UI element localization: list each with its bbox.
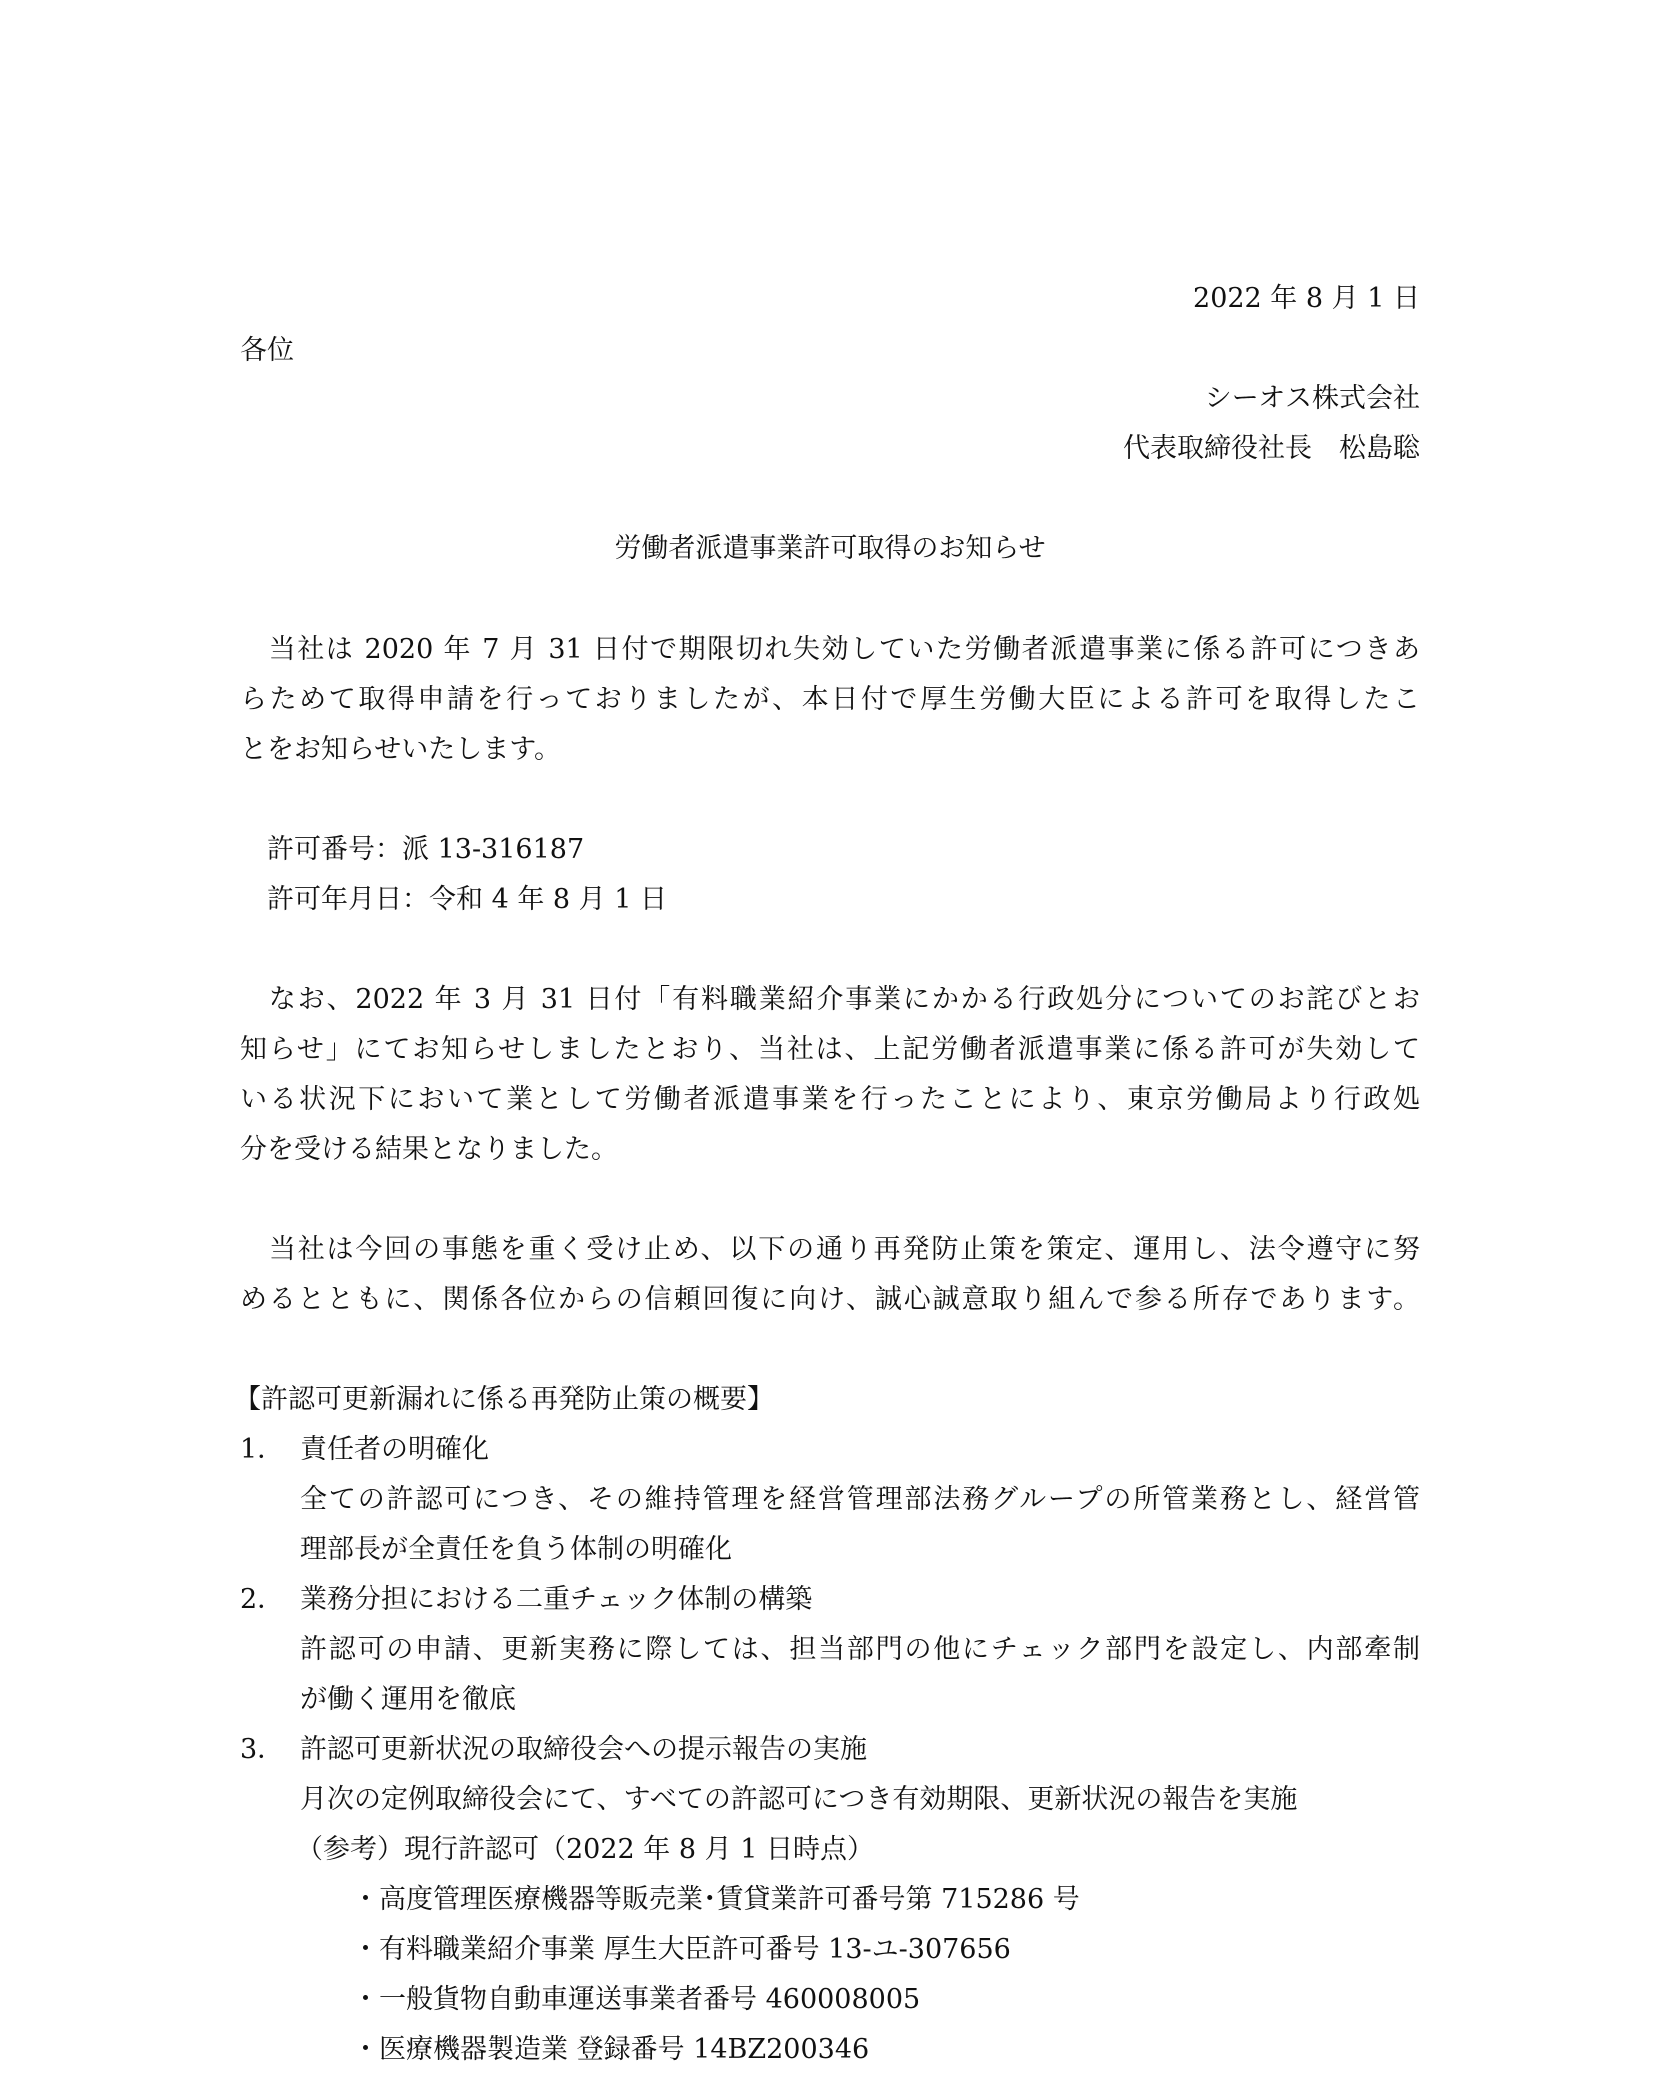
issue-date: 2022 年 8 月 1 日 <box>1193 282 1420 316</box>
paragraph-2-line: 知らせ」にてお知らせしましたとおり、当社は、上記労働者派遣事業に係る許可が失効し… <box>240 1033 1420 1067</box>
paragraph-2-line: 分を受ける結果となりました。 <box>240 1133 1420 1167</box>
measure-item-2-title: 2．業務分担における二重チェック体制の構築 <box>240 1583 812 1617</box>
measure-item-1-title: 1．責任者の明確化 <box>240 1433 489 1467</box>
measure-number: 1． <box>240 1433 300 1467</box>
permit-date: 許可年月日：令和 4 年 8 月 1 日 <box>240 883 667 917</box>
measure-title: 許認可更新状況の取締役会への提示報告の実施 <box>300 1734 867 1765</box>
paragraph-1-line: 当社は 2020 年 7 月 31 日付で期限切れ失効していた労働者派遣事業に係… <box>240 633 1420 667</box>
paragraph-2-line: いる状況下において業として労働者派遣事業を行ったことにより、東京労働局より行政処 <box>240 1083 1420 1117</box>
measure-title: 業務分担における二重チェック体制の構築 <box>300 1584 812 1615</box>
paragraph-3-line: 当社は今回の事態を重く受け止め、以下の通り再発防止策を策定、運用し、法令遵守に努 <box>240 1233 1420 1267</box>
addressee: 各位 <box>240 334 294 368</box>
measure-item-1-body: 理部長が全責任を負う体制の明確化 <box>300 1533 1420 1567</box>
reference-bullet: ・医療機器製造業 登録番号 14BZ200346 <box>352 2033 869 2067</box>
measure-item-3-body: 月次の定例取締役会にて、すべての許認可につき有効期限、更新状況の報告を実施 <box>300 1783 1420 1817</box>
paragraph-2-line: なお、2022 年 3 月 31 日付「有料職業紹介事業にかかる行政処分について… <box>240 983 1420 1017</box>
reference-bullet: ・有料職業紹介事業 厚生大臣許可番号 13-ユ-307656 <box>352 1933 1011 1967</box>
measure-item-3-title: 3．許認可更新状況の取締役会への提示報告の実施 <box>240 1733 867 1767</box>
measure-number: 2． <box>240 1583 300 1617</box>
reference-bullet: ・一般貨物自動車運送事業者番号 460008005 <box>352 1983 920 2017</box>
company-name: シーオス株式会社 <box>1205 382 1420 416</box>
permit-number: 許可番号：派 13-316187 <box>240 833 584 867</box>
signatory: 代表取締役社長 松島聡 <box>1123 432 1420 466</box>
document-title: 労働者派遣事業許可取得のお知らせ <box>240 532 1420 566</box>
measure-number: 3． <box>240 1733 300 1767</box>
reference-heading: （参考）現行許認可（2022 年 8 月 1 日時点） <box>296 1833 874 1867</box>
reference-bullet: ・高度管理医療機器等販売業･賃貸業許可番号第 715286 号 <box>352 1883 1080 1917</box>
measures-heading: 【許認可更新漏れに係る再発防止策の概要】 <box>234 1383 774 1417</box>
measure-item-1-body: 全ての許認可につき、その維持管理を経営管理部法務グループの所管業務とし、経営管 <box>300 1483 1420 1517</box>
paragraph-1-line: とをお知らせいたします。 <box>240 733 1420 767</box>
measure-title: 責任者の明確化 <box>300 1434 489 1465</box>
paragraph-1-line: らためて取得申請を行っておりましたが、本日付で厚生労働大臣による許可を取得したこ <box>240 683 1420 717</box>
paragraph-3-line: めるとともに、関係各位からの信頼回復に向け、誠心誠意取り組んで参る所存であります… <box>240 1283 1420 1317</box>
measure-item-2-body: 許認可の申請、更新実務に際しては、担当部門の他にチェック部門を設定し、内部牽制 <box>300 1633 1420 1667</box>
measure-item-2-body: が働く運用を徹底 <box>300 1683 1420 1717</box>
